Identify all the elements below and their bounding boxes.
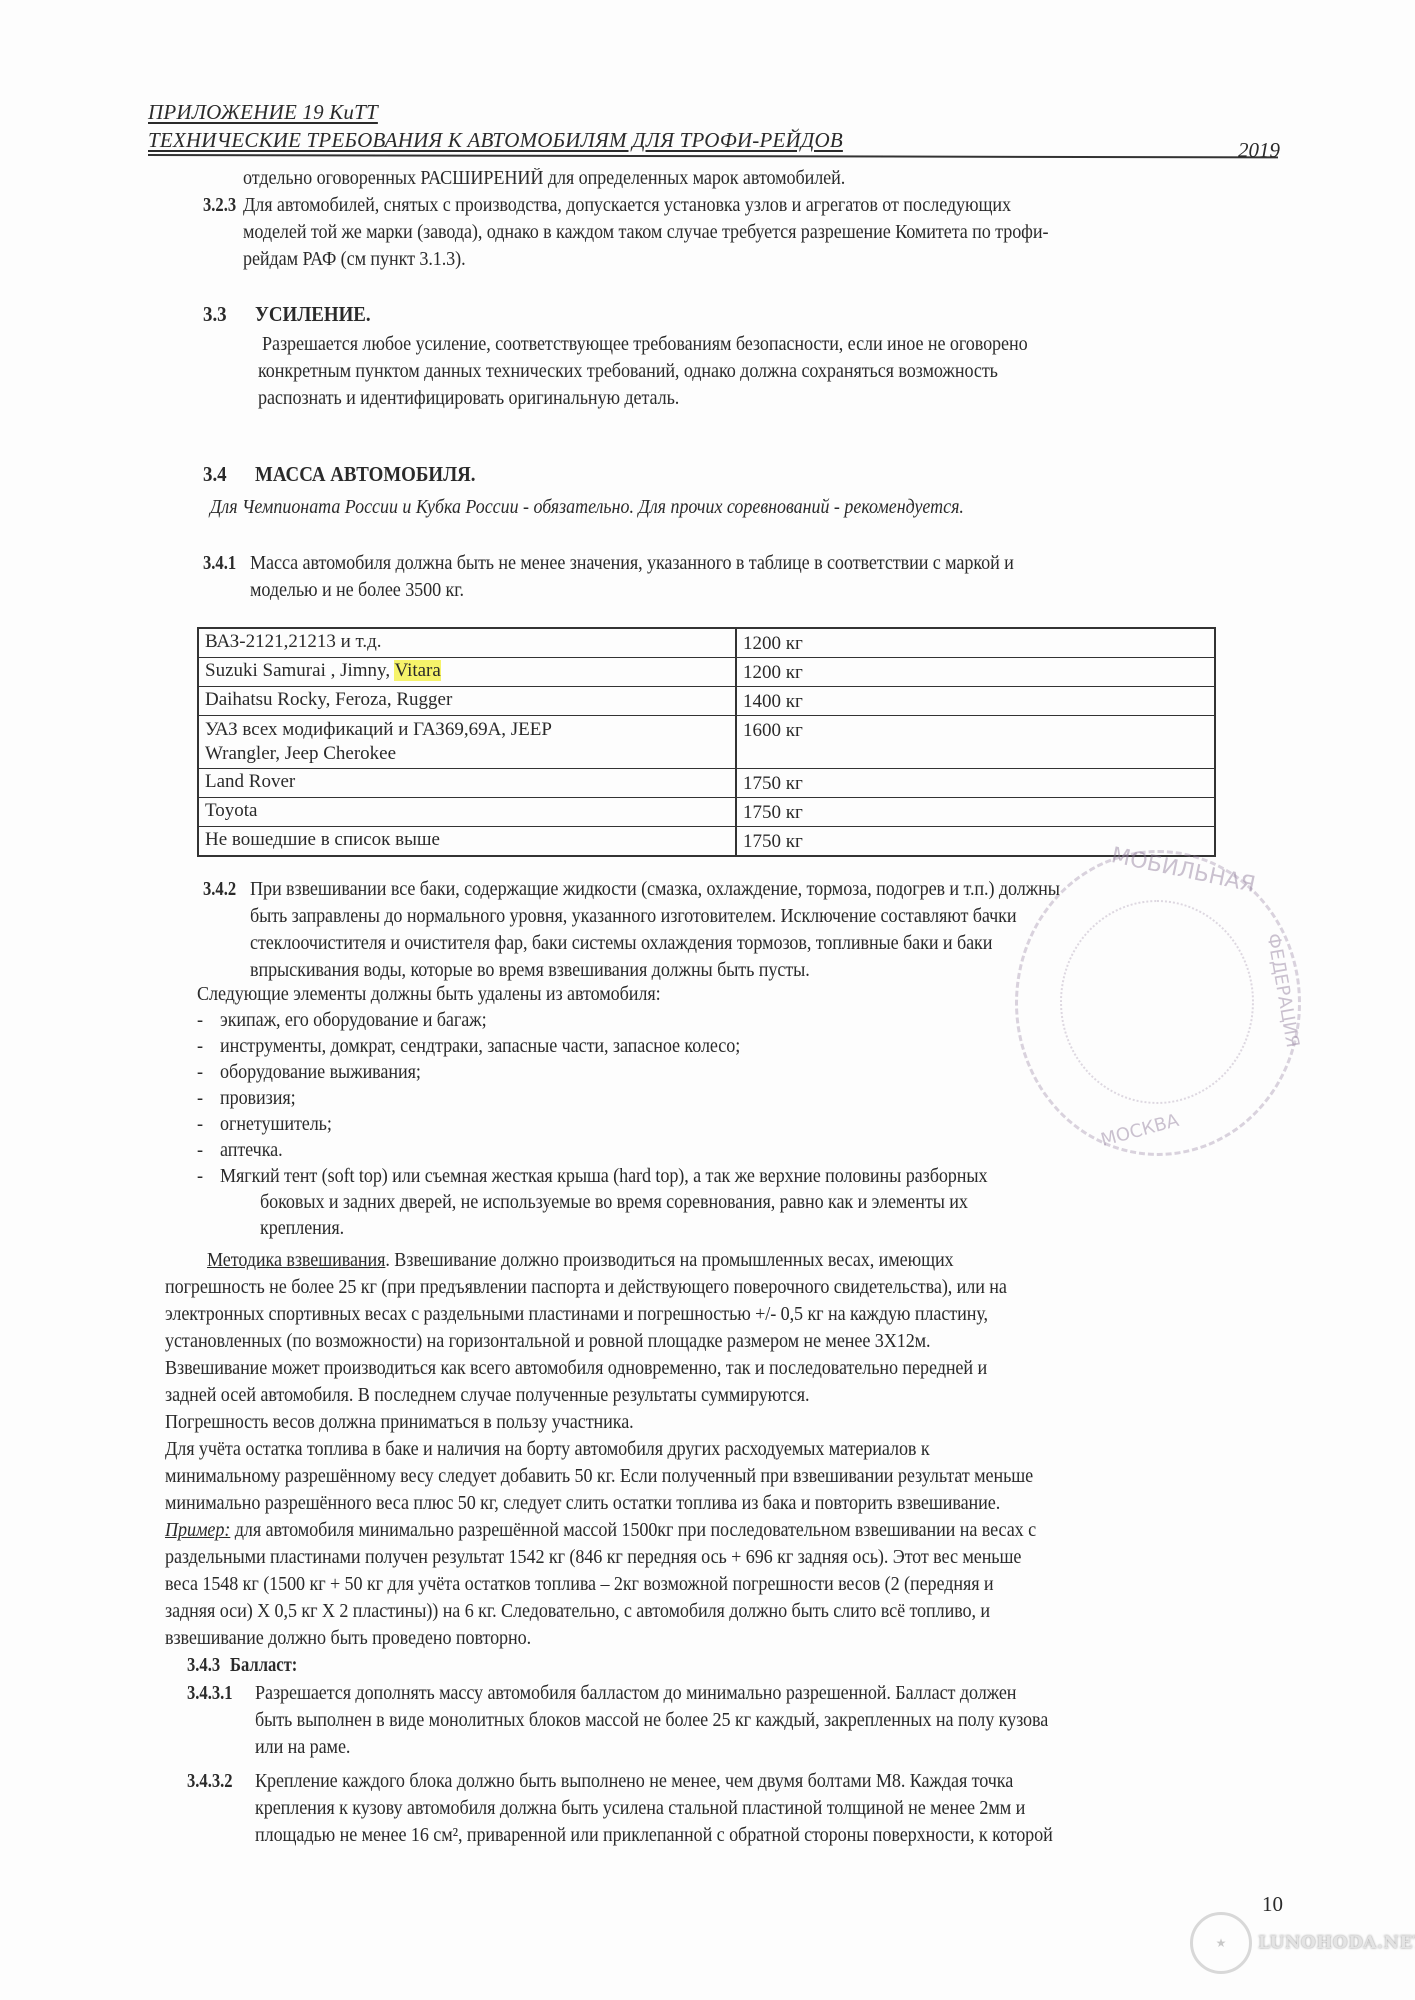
clause-number: 3.4.1 (203, 553, 236, 575)
section-text: Разрешается любое усиление, соответствую… (262, 334, 1028, 356)
method-paragraph: Методика взвешивания. Взвешивание должно… (207, 1250, 954, 1272)
continuation-text: отдельно оговоренных РАСШИРЕНИЙ для опре… (243, 168, 845, 190)
clause-number: 3.2.3 (203, 195, 236, 217)
example-label: Пример: (165, 1520, 230, 1541)
clause-text: Масса автомобиля должна быть не менее зн… (250, 553, 1014, 575)
clause-text: площадью не менее 16 см², приваренной ил… (255, 1825, 1053, 1847)
method-text: Погрешность весов должна приниматься в п… (165, 1412, 634, 1434)
section-title: УСИЛЕНИЕ. (255, 302, 371, 327)
example-text: раздельными пластинами получен результат… (165, 1547, 1021, 1569)
list-bullet: - (197, 1114, 203, 1136)
header-rule (148, 154, 1278, 158)
clause-text: Для автомобилей, снятых с производства, … (243, 195, 1011, 217)
table-row: Suzuki Samurai , Jimny, Vitara 1200 кг (199, 658, 1214, 687)
list-item: оборудование выживания; (220, 1062, 421, 1084)
mass-cell: 1600 кг (736, 716, 1214, 769)
clause-text: рейдам РАФ (см пункт 3.1.3). (243, 249, 466, 271)
model-text: Wrangler, Jeep Cherokee (205, 742, 729, 766)
table-row: ВАЗ-2121,21213 и т.д. 1200 кг (199, 629, 1214, 658)
model-cell: ВАЗ-2121,21213 и т.д. (199, 629, 736, 658)
model-text: Suzuki Samurai , Jimny, (205, 660, 394, 681)
table-row: УАЗ всех модификаций и ГАЗ69,69А, JEEPWr… (199, 716, 1214, 769)
method-text: Для учёта остатка топлива в баке и налич… (165, 1439, 930, 1461)
method-label: Методика взвешивания (207, 1250, 385, 1271)
mass-cell: 1400 кг (736, 687, 1214, 716)
example-text: веса 1548 кг (1500 кг + 50 кг для учёта … (165, 1574, 994, 1596)
example-text: задняя оси) Х 0,5 кг Х 2 пластины)) на 6… (165, 1601, 990, 1623)
method-text: минимальному разрешённому весу следует д… (165, 1466, 1033, 1488)
table-row: Toyota 1750 кг (199, 798, 1214, 827)
clause-text: Разрешается дополнять массу автомобиля б… (255, 1683, 1016, 1705)
model-cell: Toyota (199, 798, 736, 827)
list-bullet: - (197, 1140, 203, 1162)
watermark-logo: ★ LUNOHODA.NET (1190, 1912, 1415, 1974)
clause-text: стеклоочистителя и очистителя фар, баки … (250, 933, 992, 955)
model-cell: Suzuki Samurai , Jimny, Vitara (199, 658, 736, 687)
list-item: огнетушитель; (220, 1114, 332, 1136)
example-paragraph: Пример: для автомобиля минимально разреш… (165, 1520, 1036, 1542)
list-item: провизия; (220, 1088, 296, 1110)
section-number: 3.4 (203, 462, 227, 487)
method-text: установленных (по возможности) на горизо… (165, 1331, 930, 1353)
clause-text: впрыскивания воды, которые во время взве… (250, 960, 810, 982)
method-text: задней осей автомобиля. В последнем случ… (165, 1385, 809, 1407)
clause-number: 3.4.3 (187, 1655, 220, 1677)
list-item: инструменты, домкрат, сендтраки, запасны… (220, 1036, 740, 1058)
table-row: Land Rover 1750 кг (199, 769, 1214, 798)
section-title: МАССА АВТОМОБИЛЯ. (255, 462, 476, 487)
document-title: ТЕХНИЧЕСКИЕ ТРЕБОВАНИЯ К АВТОМОБИЛЯМ ДЛЯ… (148, 128, 843, 153)
list-bullet: - (197, 1062, 203, 1084)
rover-emblem-icon: ★ (1190, 1912, 1252, 1974)
mass-cell: 1750 кг (736, 769, 1214, 798)
list-bullet: - (197, 1036, 203, 1058)
clause-number: 3.4.3.2 (187, 1771, 233, 1793)
method-text: электронных спортивных весах с раздельны… (165, 1304, 988, 1326)
appendix-title: ПРИЛОЖЕНИЕ 19 КиТТ (148, 100, 378, 125)
removal-intro: Следующие элементы должны быть удалены и… (197, 984, 661, 1006)
clause-text: быть заправлены до нормального уровня, у… (250, 906, 1017, 928)
clause-number: 3.4.3.1 (187, 1683, 233, 1705)
list-item-continuation: боковых и задних дверей, не используемые… (260, 1192, 968, 1214)
model-cell: Daihatsu Rocky, Feroza, Rugger (199, 687, 736, 716)
model-cell: УАЗ всех модификаций и ГАЗ69,69А, JEEPWr… (199, 716, 736, 769)
list-item: Мягкий тент (soft top) или съемная жестк… (220, 1166, 987, 1188)
section-text: конкретным пунктом данных технических тр… (258, 361, 998, 383)
clause-text: или на раме. (255, 1737, 350, 1759)
clause-number: 3.4.2 (203, 879, 236, 901)
example-text: взвешивание должно быть проведено повтор… (165, 1628, 531, 1650)
clause-text: быть выполнен в виде монолитных блоков м… (255, 1710, 1048, 1732)
clause-text: При взвешивании все баки, содержащие жид… (250, 879, 1060, 901)
example-text: для автомобиля минимально разрешённой ма… (230, 1520, 1036, 1541)
model-cell: Land Rover (199, 769, 736, 798)
highlighted-model: Vitara (394, 660, 440, 681)
method-text: . Взвешивание должно производиться на пр… (385, 1250, 953, 1271)
list-item-continuation: крепления. (260, 1218, 344, 1240)
table-row: Daihatsu Rocky, Feroza, Rugger 1400 кг (199, 687, 1214, 716)
model-text: УАЗ всех модификаций и ГАЗ69,69А, JEEP (205, 718, 729, 742)
mass-cell: 1200 кг (736, 658, 1214, 687)
list-item: аптечка. (220, 1140, 283, 1162)
mass-table: ВАЗ-2121,21213 и т.д. 1200 кг Suzuki Sam… (197, 627, 1216, 857)
method-text: минимально разрешённого веса плюс 50 кг,… (165, 1493, 1000, 1515)
mass-cell: 1200 кг (736, 629, 1214, 658)
list-bullet: - (197, 1010, 203, 1032)
method-text: погрешность не более 25 кг (при предъявл… (165, 1277, 1007, 1299)
table-row: Не вошедшие в список выше 1750 кг (199, 827, 1214, 856)
clause-text: Крепление каждого блока должно быть выпо… (255, 1771, 1013, 1793)
document-page: ПРИЛОЖЕНИЕ 19 КиТТ ТЕХНИЧЕСКИЕ ТРЕБОВАНИ… (0, 0, 1415, 2000)
section-note: Для Чемпионата России и Кубка России - о… (210, 497, 964, 519)
clause-title: Балласт: (230, 1655, 297, 1677)
method-text: Взвешивание может производиться как всег… (165, 1358, 987, 1380)
document-year: 2019 (1238, 138, 1280, 163)
list-item: экипаж, его оборудование и багаж; (220, 1010, 487, 1032)
clause-text: моделей той же марки (завода), однако в … (243, 222, 1048, 244)
watermark-text: LUNOHODA.NET (1258, 1933, 1415, 1953)
list-bullet: - (197, 1166, 203, 1188)
section-text: распознать и идентифицировать оригинальн… (258, 388, 679, 410)
model-cell: Не вошедшие в список выше (199, 827, 736, 856)
clause-text: моделью и не более 3500 кг. (250, 580, 464, 602)
list-bullet: - (197, 1088, 203, 1110)
stamp-emblem (1060, 900, 1254, 1104)
mass-cell: 1750 кг (736, 798, 1214, 827)
section-number: 3.3 (203, 302, 227, 327)
clause-text: крепления к кузову автомобиля должна быт… (255, 1798, 1025, 1820)
